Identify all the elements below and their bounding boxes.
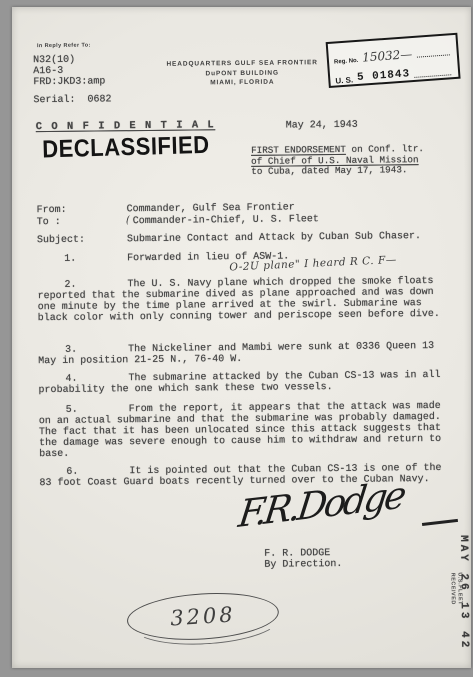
registry-serial-value: 5 01843 [357,68,411,84]
paragraph-5: 5.From the report, it appears that the a… [39,401,448,460]
letterhead-city: MIAMI, FLORIDA [137,77,347,89]
serial-number: Serial: 0682 [33,94,111,106]
paragraph-4: 4.The submarine attacked by the Cuban CS… [38,370,446,396]
paragraph-number: 2. [64,279,127,291]
paragraph-number: 4. [65,373,128,385]
registry-number-stamp: Reg. No. 15032— U. S. 5 01843 [326,33,461,88]
subject-value: Submarine Contact and Attack by Cuban Su… [127,231,421,245]
file-ref-line: A16-3 [33,65,105,77]
letterhead: HEADQUARTERS GULF SEA FRONTIER DuPONT BU… [137,58,347,89]
signer-name: F. R. DODGE [264,548,330,560]
paragraph-2: 2.The U. S. Navy plane which dropped the… [37,276,445,324]
reply-refer-label: In Reply Refer To: [37,43,91,50]
by-direction-line: By Direction. [264,559,342,571]
file-reference-block: N32(10) A16-3 FRD:JKD3:amp [33,54,105,88]
us-label: U. S. [335,75,353,85]
endorsement-heading: FIRST ENDORSEMENT on Conf. ltr. of Chief… [251,144,466,178]
paragraph-number: 3. [65,344,128,356]
document-date: May 24, 1943 [286,120,358,132]
dotted-rule [414,73,451,78]
received-date-stamp: MAY 26 13 42 [449,513,471,673]
scanned-document-page: In Reply Refer To: N32(10) A16-3 FRD:JKD… [12,7,471,668]
subject-label: Subject: [37,234,127,246]
paragraph-number: 1. [64,253,127,265]
to-label: To : [37,216,127,228]
paragraph-number: 6. [66,466,129,478]
reg-no-handwritten-value: 15032— [362,48,413,64]
endorsement-line: to Cuba, dated May 17, 1943. [251,165,466,178]
file-ref-line: N32(10) [33,54,105,66]
subject-line: Subject:Submarine Contact and Attack by … [37,231,421,246]
endorsement-line-rest: on Conf. ltr. [346,143,424,155]
to-value: Commander-in-Chief, U. S. Fleet [133,214,319,227]
to-line: To :Commander-in-Chief, U. S. Fleet [37,213,319,228]
pen-mark [126,215,133,226]
declassified-stamp: DECLASSIFIED [42,130,210,164]
paragraph-number: 5. [66,404,129,416]
file-ref-line: FRD:JKD3:amp [33,76,105,88]
circled-page-number: 3208 [126,589,281,644]
paragraph-3: 3.The Nickeliner and Mambi were sunk at … [38,341,446,367]
document-content: In Reply Refer To: N32(10) A16-3 FRD:JKD… [9,5,473,671]
